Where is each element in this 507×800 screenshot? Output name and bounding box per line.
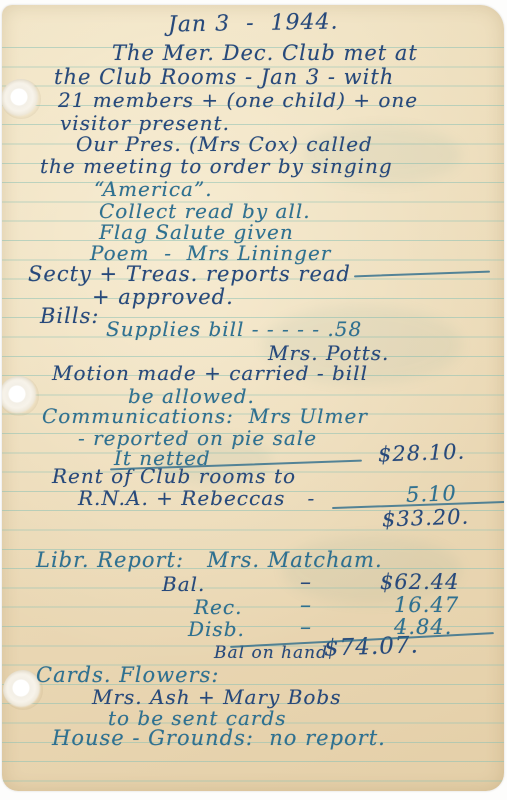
handwritten-line: R.N.A. + Rebeccas -: [78, 486, 315, 510]
handwritten-line: Cards. Flowers:: [36, 663, 219, 687]
ink-bleed-blot: [282, 535, 462, 605]
handwritten-line: House - Grounds: no report.: [52, 726, 386, 750]
punch-hole: [3, 670, 43, 710]
punch-hole: [2, 79, 41, 119]
ink-bleed-blot: [152, 435, 272, 485]
handwritten-line: “America”.: [94, 177, 213, 201]
handwritten-line: Flag Salute given: [99, 220, 294, 244]
handwritten-line: Bills:: [40, 304, 99, 328]
handwritten-line: Jan 3 - 1944.: [168, 10, 339, 38]
notebook-paper: Jan 3 - 1944.The Mer. Dec. Club met atth…: [2, 5, 504, 791]
ink-underline: [332, 501, 504, 509]
ink-underline: [354, 271, 490, 278]
handwritten-line: to be sent cards: [108, 706, 287, 730]
handwritten-line: $28.10.: [378, 439, 466, 466]
handwritten-line: Bal on hand: [214, 643, 328, 663]
handwritten-line: Libr. Report: Mrs. Matcham.: [36, 548, 383, 572]
handwritten-line: - reported on pie sale: [78, 426, 317, 450]
handwritten-line: Mrs. Potts.: [268, 341, 389, 365]
handwritten-line: The Mer. Dec. Club met at: [112, 41, 418, 65]
ink-bleed-blot: [262, 305, 462, 385]
handwritten-line: 16.47: [394, 593, 459, 617]
handwritten-line: Rec.: [194, 595, 242, 619]
handwritten-line: Rent of Club rooms to: [52, 464, 296, 488]
handwritten-line: Poem - Mrs Lininger: [90, 241, 331, 265]
handwritten-line: –: [300, 593, 312, 618]
handwritten-line: –: [300, 615, 312, 640]
handwritten-line: It netted: [114, 446, 211, 470]
ruled-lines: [2, 47, 504, 791]
handwritten-line: Mrs. Ash + Mary Bobs: [92, 685, 342, 709]
handwritten-line: Our Pres. (Mrs Cox) called: [76, 132, 373, 156]
handwritten-line: visitor present.: [60, 111, 230, 135]
punch-hole: [2, 376, 39, 416]
handwritten-line: $33.20.: [382, 504, 470, 531]
handwritten-line: Bal.: [162, 572, 205, 596]
handwritten-line: Communications: Mrs Ulmer: [42, 404, 368, 428]
handwritten-line: $74.07.: [324, 632, 420, 661]
handwritten-line: $62.44: [380, 570, 459, 594]
ink-underline: [110, 460, 362, 471]
scanned-notebook-page: Jan 3 - 1944.The Mer. Dec. Club met atth…: [0, 0, 507, 800]
handwritten-line: Motion made + carried - bill: [52, 361, 368, 385]
handwritten-line: be allowed.: [128, 384, 255, 408]
handwritten-line: 4.84.: [394, 615, 452, 639]
handwritten-line: Supplies bill - - - - - .58: [106, 317, 362, 341]
ink-underline: [230, 632, 494, 648]
handwritten-line: Disb.: [188, 617, 245, 641]
handwritten-line: Collect read by all.: [99, 199, 311, 223]
handwritten-line: the Club Rooms - Jan 3 - with: [54, 65, 394, 89]
handwritten-line: 5.10: [406, 481, 458, 507]
handwritten-line: Secty + Treas. reports read: [28, 262, 351, 286]
handwritten-line: + approved.: [92, 285, 234, 309]
handwritten-line: 21 members + (one child) + one: [58, 88, 418, 112]
handwritten-line: –: [300, 570, 312, 595]
ink-bleed-blot: [302, 125, 462, 185]
handwritten-line: the meeting to order by singing: [40, 154, 393, 178]
